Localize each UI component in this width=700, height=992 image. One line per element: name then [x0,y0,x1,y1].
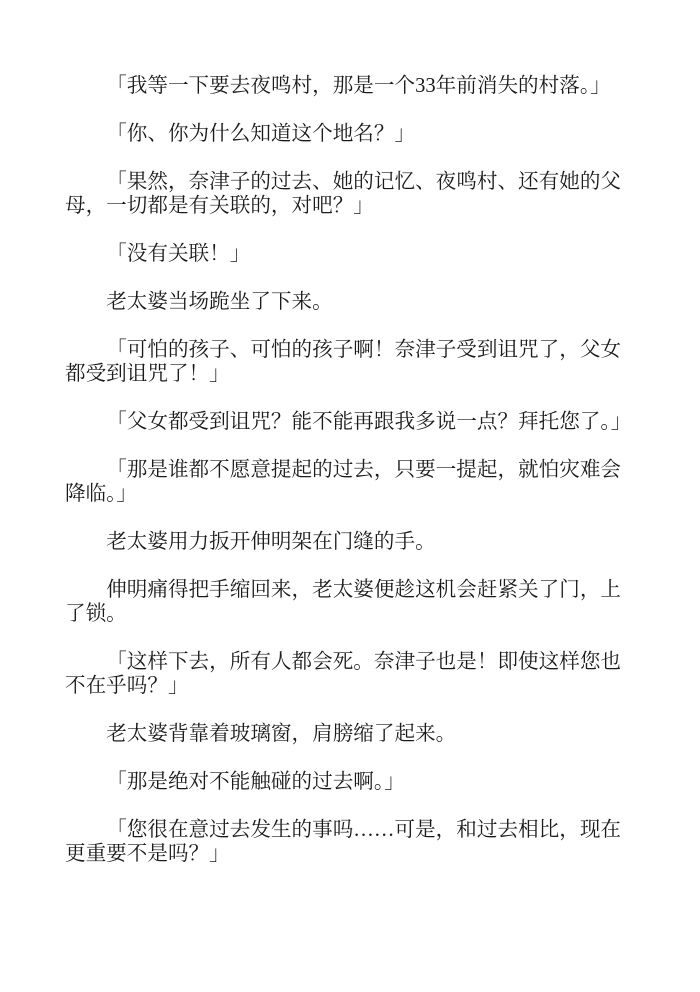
paragraph: 伸明痛得把手缩回来，老太婆便趁这机会赶紧关了门，上了锁。 [65,578,631,626]
paragraph: 「您很在意过去发生的事吗……可是，和过去相比，现在更重要不是吗？」 [65,818,631,866]
paragraph: 老太婆用力扳开伸明架在门缝的手。 [65,530,631,554]
paragraph: 「可怕的孩子、可怕的孩子啊！奈津子受到诅咒了，父女都受到诅咒了！」 [65,338,631,386]
paragraph: 「父女都受到诅咒？能不能再跟我多说一点？拜托您了。」 [65,410,631,434]
paragraph: 「这样下去，所有人都会死。奈津子也是！即使这样您也不在乎吗？」 [65,650,631,698]
paragraph: 老太婆当场跪坐了下来。 [65,290,631,314]
paragraph: 「果然，奈津子的过去、她的记忆、夜鸣村、还有她的父母，一切都是有关联的，对吧？」 [65,170,631,218]
document-page: 「我等一下要去夜鸣村，那是一个33年前消失的村落。」 「你、你为什么知道这个地名… [0,0,700,992]
paragraph: 老太婆背靠着玻璃窗，肩膀缩了起来。 [65,722,631,746]
paragraph: 「那是谁都不愿意提起的过去，只要一提起，就怕灾难会降临。」 [65,458,631,506]
paragraph: 「那是绝对不能触碰的过去啊。」 [65,770,631,794]
paragraph: 「你、你为什么知道这个地名？」 [65,122,631,146]
paragraph: 「没有关联！」 [65,242,631,266]
paragraph: 「我等一下要去夜鸣村，那是一个33年前消失的村落。」 [65,74,631,98]
